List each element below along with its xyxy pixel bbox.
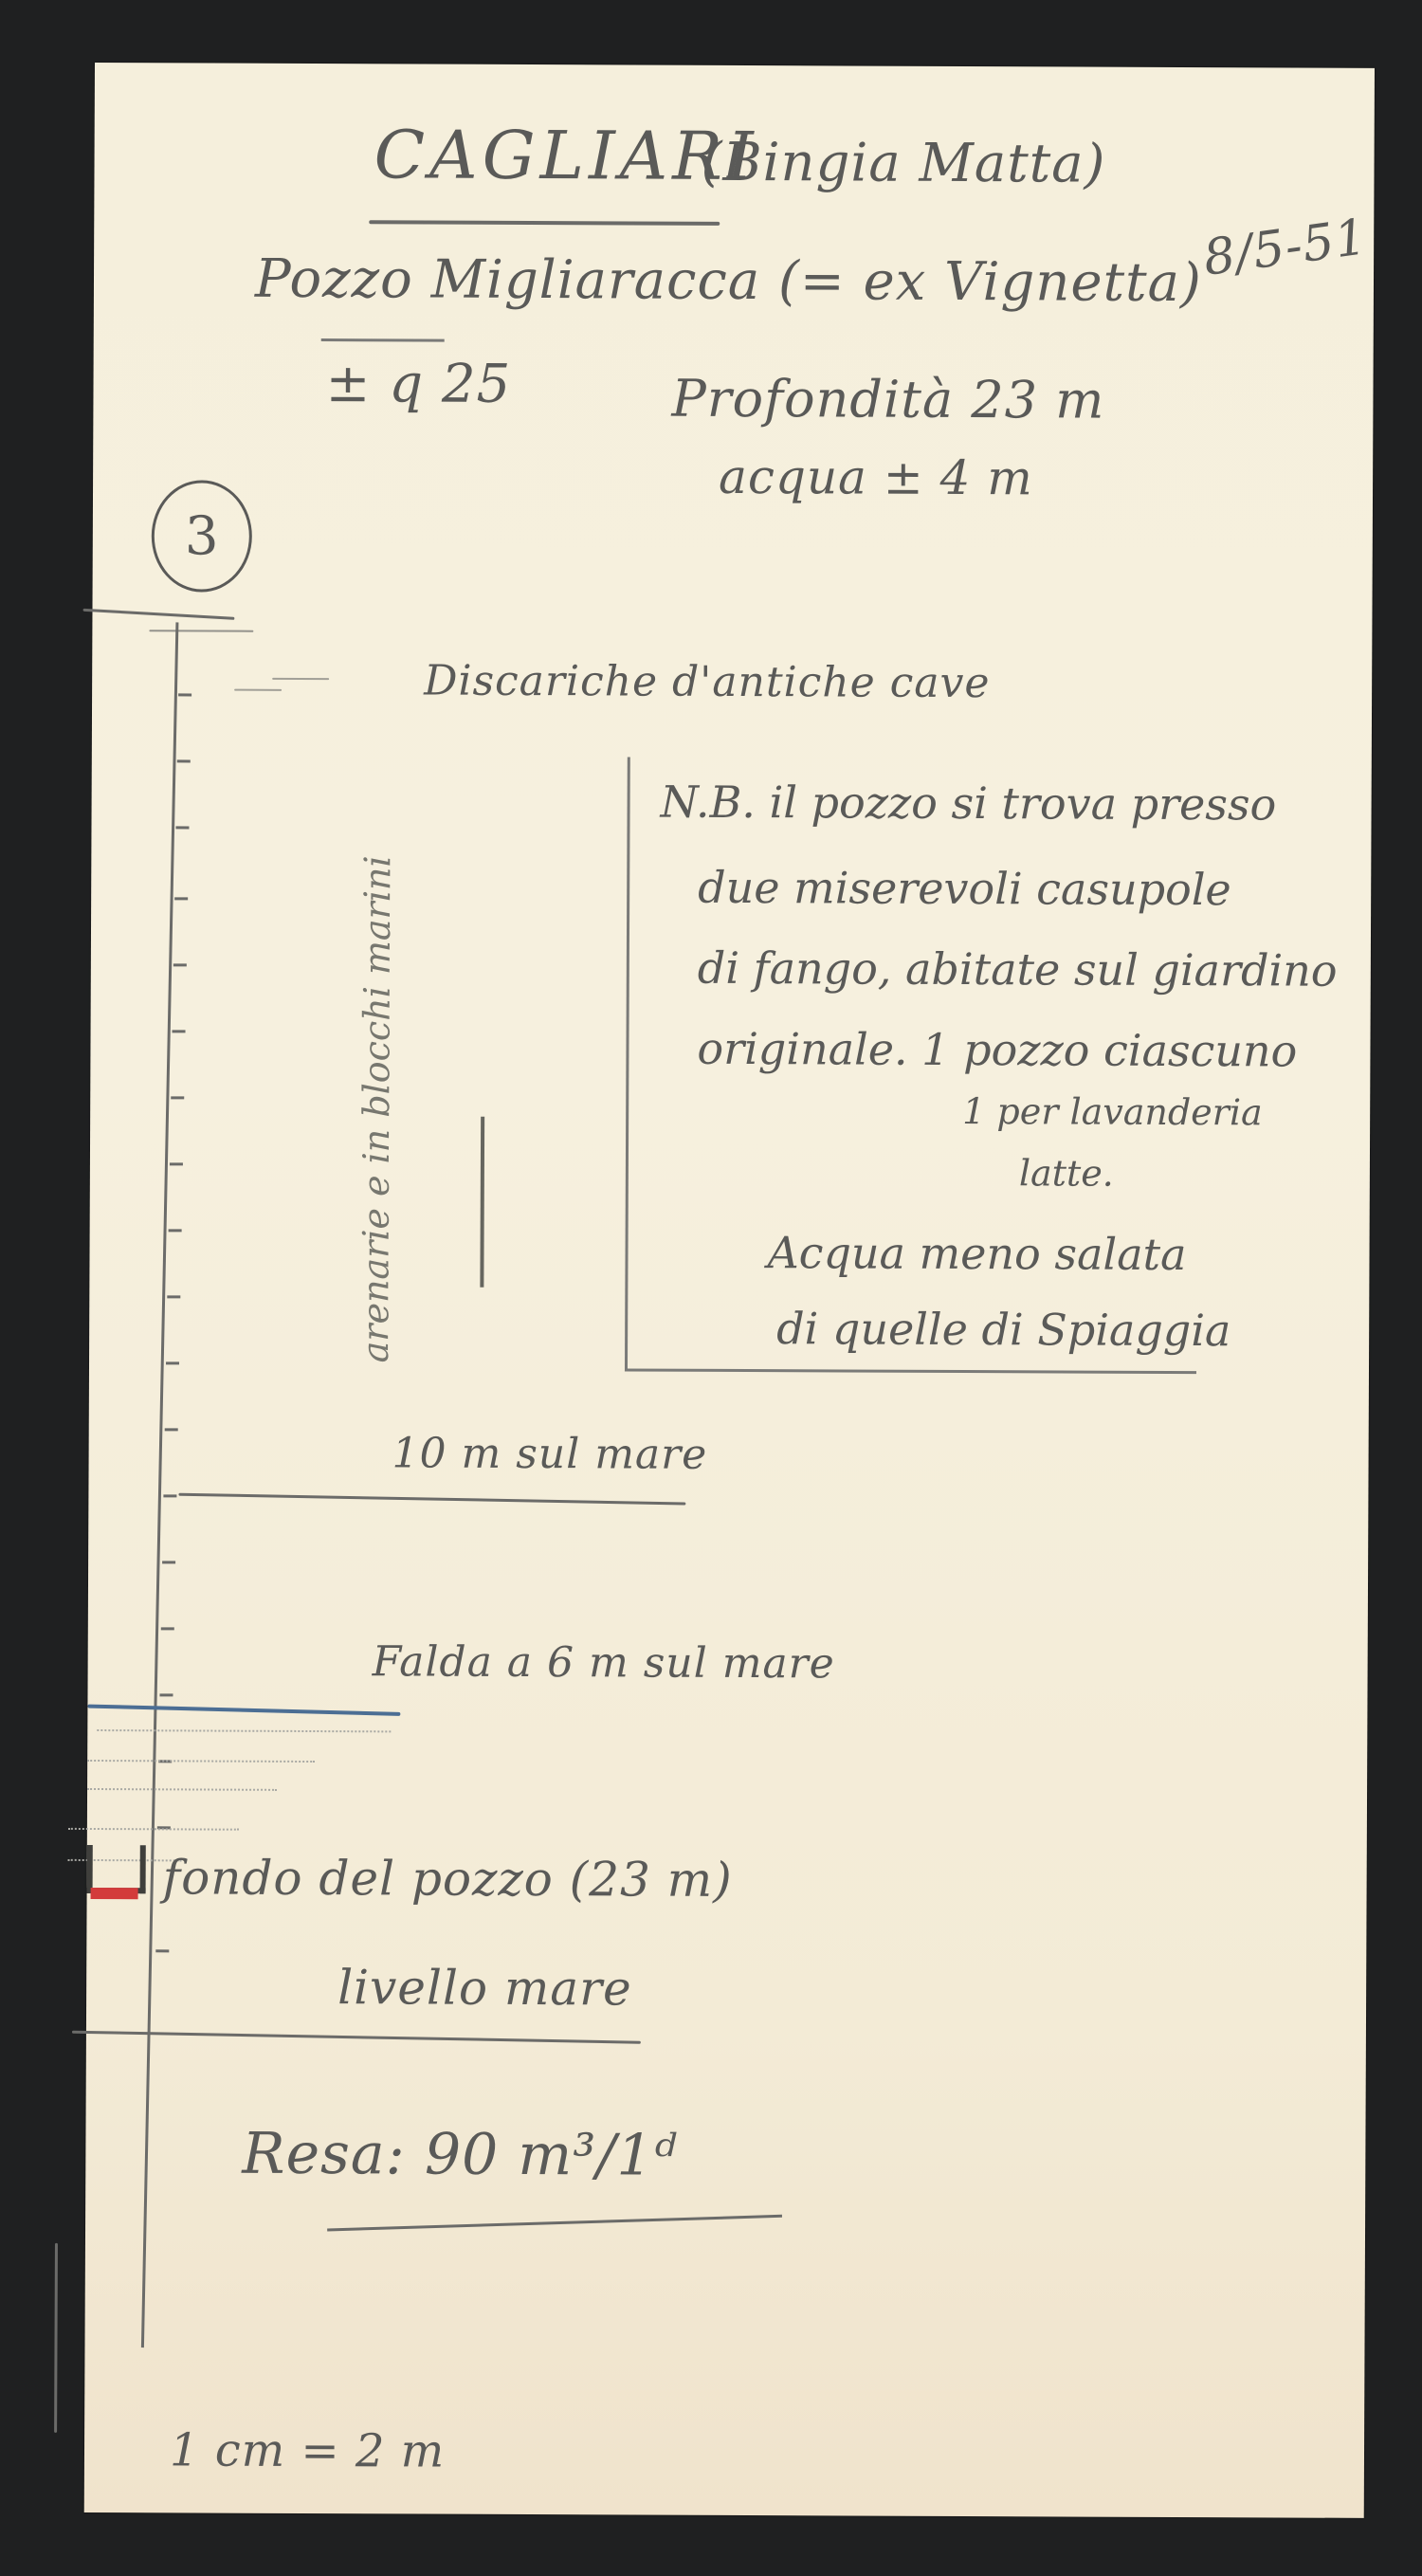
- water-depth: acqua ± 4 m: [719, 449, 1033, 505]
- scale-tick: [173, 963, 187, 966]
- water-hatch: [87, 1788, 277, 1791]
- scale-tick: [163, 1494, 176, 1497]
- depth-scale-axis: [141, 622, 179, 2348]
- level-falda: Falda a 6 m sul mare: [373, 1637, 835, 1688]
- ground-surface-line: [83, 609, 235, 620]
- note-line: di quelle di Spiaggia: [776, 1303, 1231, 1356]
- scale-tick: [162, 1561, 175, 1563]
- scale-tick: [178, 693, 191, 696]
- scale-tick: [174, 897, 188, 900]
- scale-tick: [171, 1096, 184, 1099]
- water-hatch: [68, 1828, 239, 1831]
- discariche-dash: [272, 678, 329, 680]
- lithology-bar: [480, 1117, 484, 1288]
- scale-continuation: [54, 2243, 58, 2433]
- card-number: 3: [185, 505, 219, 567]
- scale-tick: [177, 759, 191, 762]
- title-underline: [369, 220, 720, 226]
- well-name: Pozzo Migliaracca (= ex Vignetta): [255, 248, 1202, 314]
- level-well-bottom: fondo del pozzo (23 m): [163, 1850, 733, 1908]
- level-10m: 10 m sul mare: [392, 1429, 707, 1478]
- date: 8/5-51: [1200, 209, 1371, 287]
- yield: Resa: 90 m³/1ᵈ: [242, 2121, 678, 2189]
- water-hatch: [87, 1760, 315, 1763]
- scale-tick: [169, 1229, 182, 1232]
- scale-tick: [175, 826, 189, 829]
- card-number-circle: 3: [152, 480, 253, 592]
- well-bottom-red-mark: [91, 1888, 138, 1899]
- yield-underline: [327, 2215, 782, 2232]
- scale-tick: [155, 1949, 169, 1952]
- water-hatch: [97, 1729, 391, 1732]
- lithology-label: arenarie e in blocchi marini: [355, 855, 398, 1362]
- note-line: di fango, abitate sul giardino: [698, 942, 1338, 996]
- note-line: originale. 1 pozzo ciascuno: [697, 1023, 1297, 1077]
- scale-note: 1 cm = 2 m: [170, 2423, 445, 2477]
- water-table-line: [87, 1705, 400, 1716]
- elevation-quota: ± q 25: [325, 353, 511, 415]
- well-depth: Profondità 23 m: [671, 369, 1104, 430]
- discariche-dash: [234, 689, 282, 691]
- note-line: N.B. il pozzo si trova presso: [660, 776, 1276, 831]
- well-name-underline: [321, 338, 445, 342]
- well-bottom-marker: [87, 1845, 146, 1893]
- document-card: CAGLIARI (Bingia Matta) 8/5-51 Pozzo Mig…: [84, 63, 1375, 2518]
- scale-tick: [165, 1428, 178, 1431]
- level-10m-line: [178, 1493, 685, 1506]
- note-line: Acqua meno salata: [767, 1227, 1186, 1280]
- scale-tick: [167, 1295, 180, 1298]
- scale-tick: [166, 1361, 179, 1364]
- title-locality: (Bingia Matta): [701, 132, 1105, 195]
- scale-tick: [173, 1030, 186, 1032]
- scale-tick: [161, 1627, 174, 1630]
- note-line: 1 per lavanderia: [962, 1090, 1263, 1133]
- note-line: due miserevoli casupole: [698, 862, 1231, 915]
- note-line: latte.: [1019, 1152, 1114, 1194]
- level-discariche: Discariche d'antiche cave: [424, 657, 990, 708]
- scale-tick: [159, 1693, 173, 1696]
- sea-level-line: [72, 2031, 641, 2044]
- ground-line-2: [149, 630, 253, 631]
- level-sea: livello mare: [337, 1960, 632, 2016]
- scale-tick: [170, 1162, 183, 1165]
